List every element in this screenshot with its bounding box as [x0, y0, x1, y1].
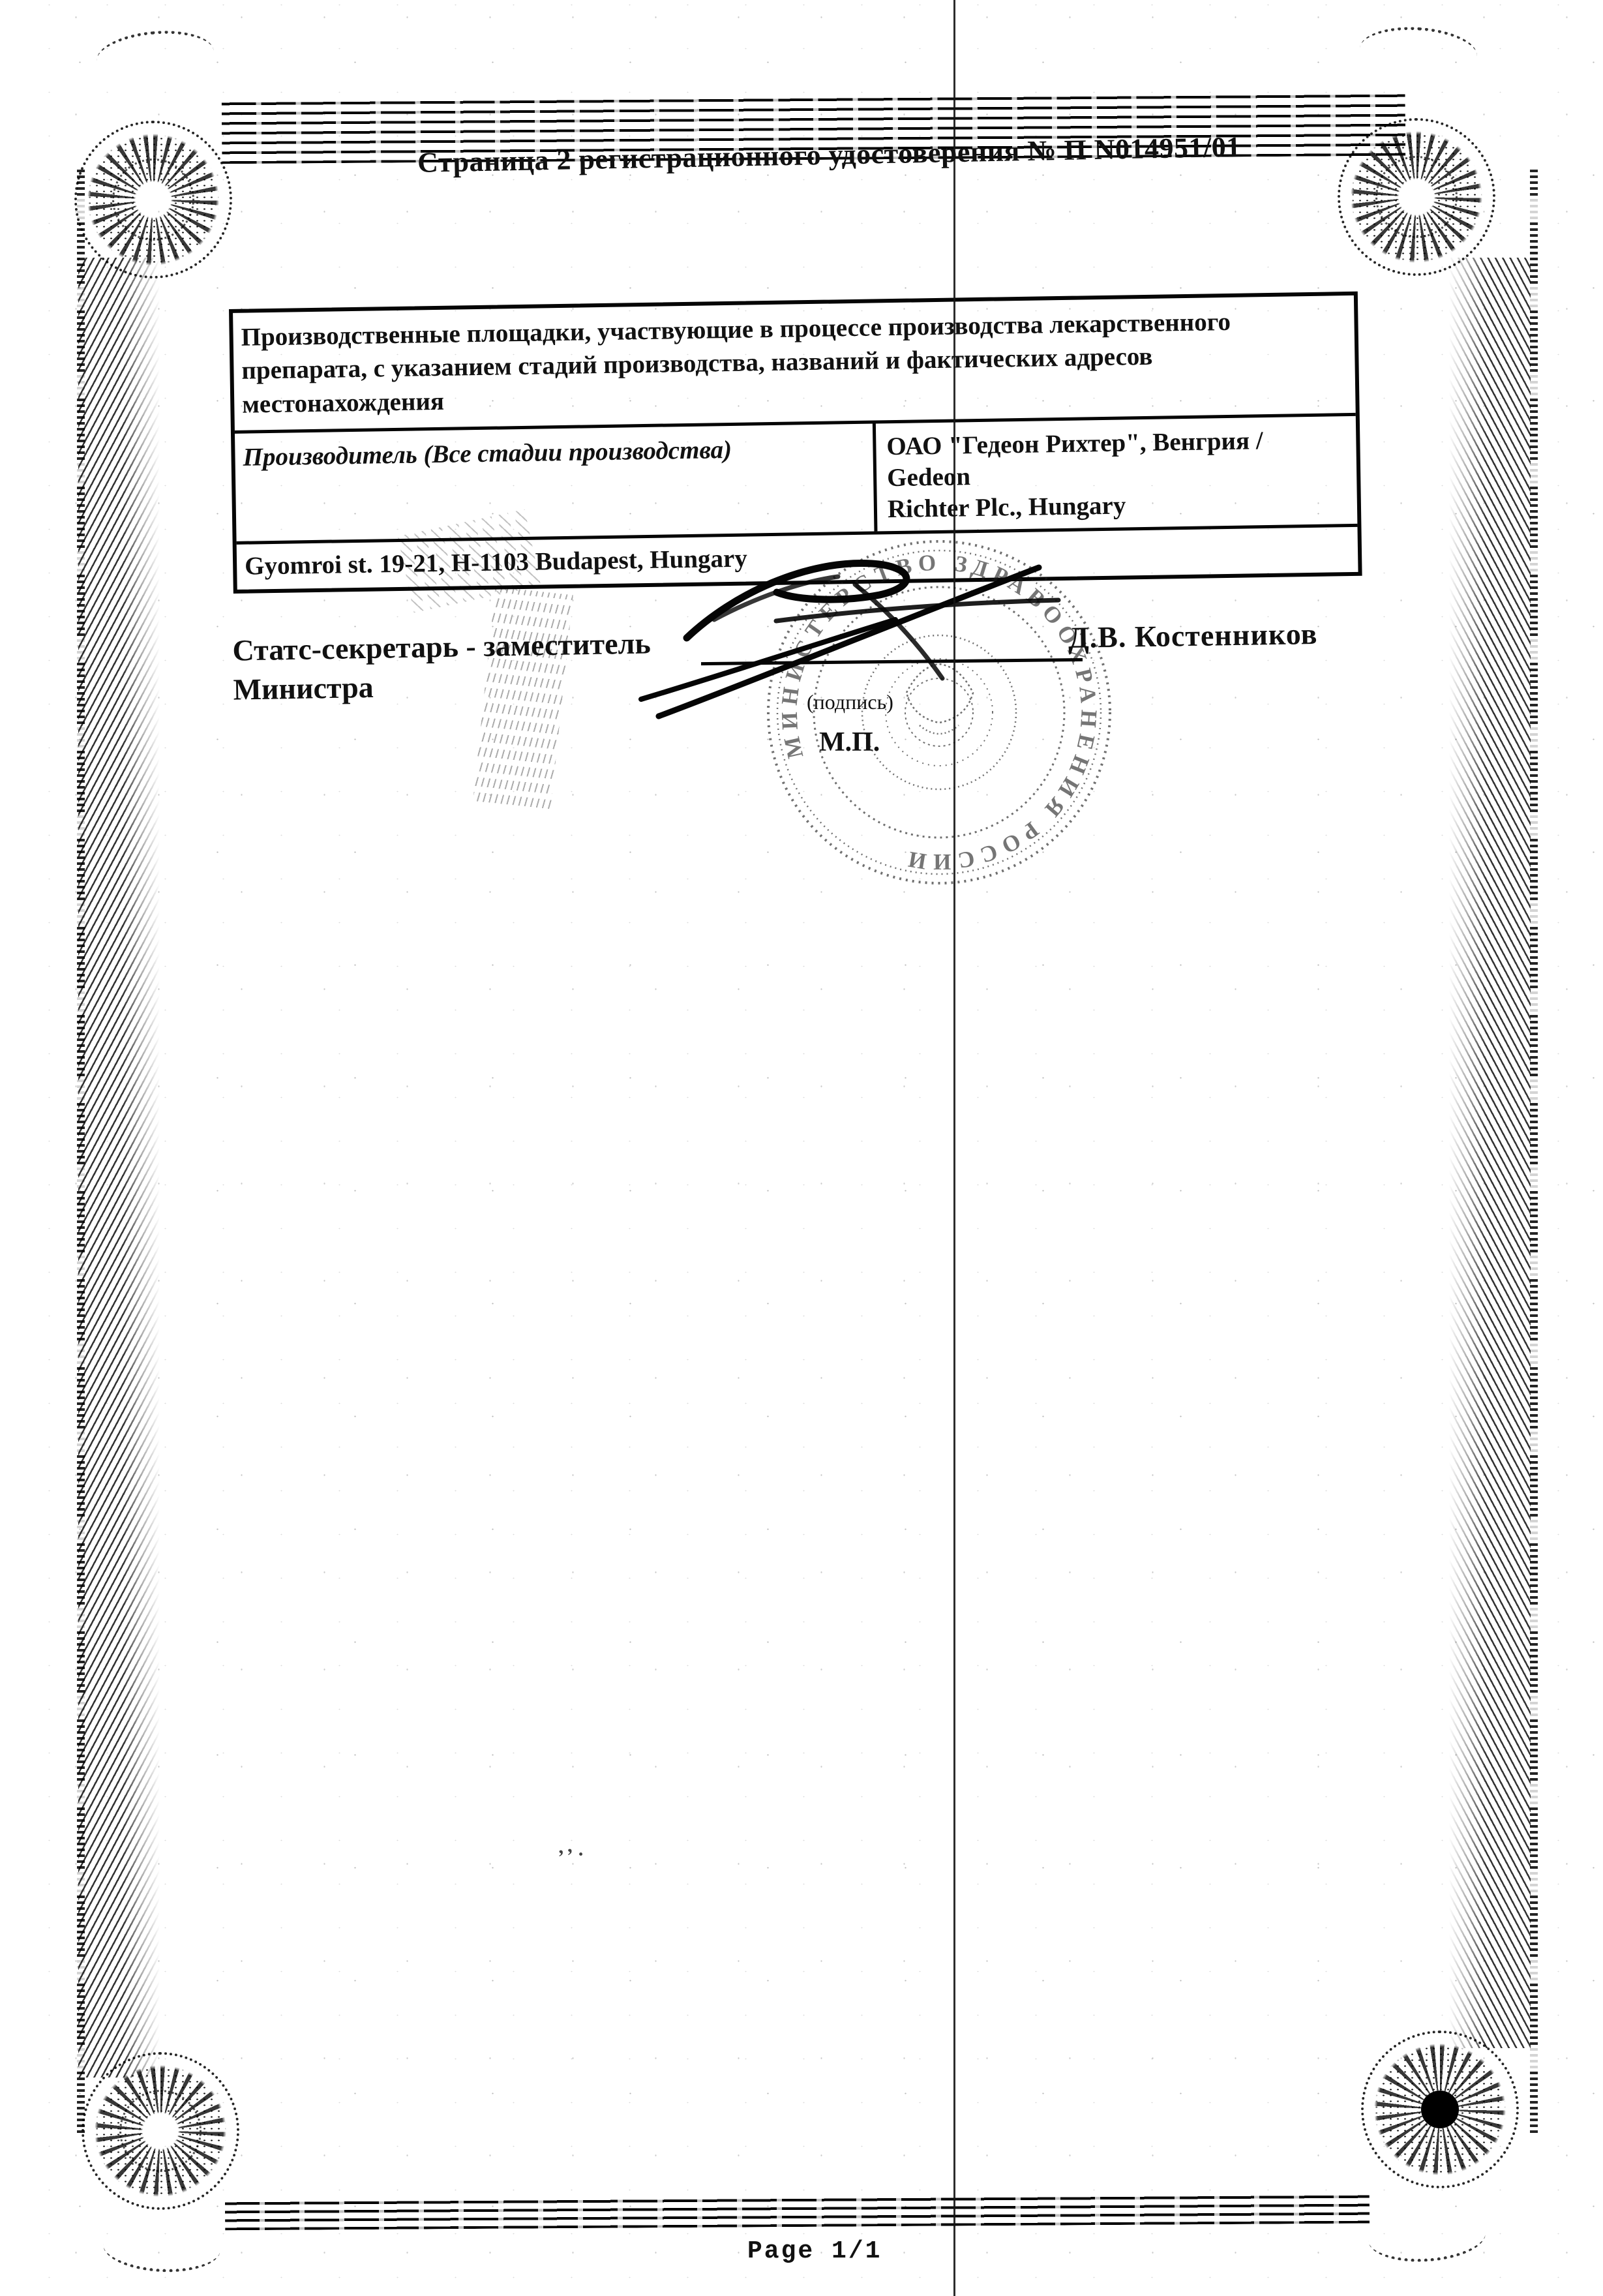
corner-arc-top-right	[1358, 23, 1479, 80]
corner-rosette-bottom-right	[1358, 2028, 1521, 2191]
corner-arc-bottom-left	[102, 2220, 222, 2274]
stray-mark: ’’·	[557, 1843, 590, 1869]
border-left-rail	[77, 170, 85, 2133]
page-number-label: Page 1/1	[747, 2237, 882, 2265]
corner-rosette-bottom-left	[79, 2049, 242, 2213]
corner-arc-top-left	[95, 26, 216, 85]
corner-rosette-top-right	[1335, 115, 1498, 279]
rosette-inner-ring	[1375, 156, 1458, 238]
rosette-inner-ring	[112, 159, 194, 241]
rosette-inner-ring	[119, 2090, 202, 2172]
table-header-cell: Производственные площадки, участвующие в…	[233, 295, 1356, 434]
signer-position-title: Статс-секретарь - заместитель Министра	[232, 624, 652, 709]
corner-rosette-top-left	[72, 118, 235, 281]
border-left-band	[78, 258, 160, 2077]
seal-place-caption: М.П.	[819, 727, 880, 758]
signature-caption: (подпись)	[807, 690, 893, 714]
producer-value-cell: ОАО "Гедеон Рихтер", Венгрия / Gedeon Ri…	[876, 416, 1357, 531]
border-right-band	[1449, 258, 1531, 2048]
corner-arc-bottom-right	[1367, 2209, 1488, 2265]
border-bottom-band	[225, 2192, 1370, 2231]
document-page: Страница 2 регистрационного удостоверени…	[0, 0, 1603, 2296]
page-fold-line	[953, 0, 955, 2296]
border-right-rail	[1530, 170, 1538, 2133]
rosette-ink-dot	[1421, 2091, 1459, 2128]
signer-name: Д.В. Костенников	[1068, 616, 1318, 655]
